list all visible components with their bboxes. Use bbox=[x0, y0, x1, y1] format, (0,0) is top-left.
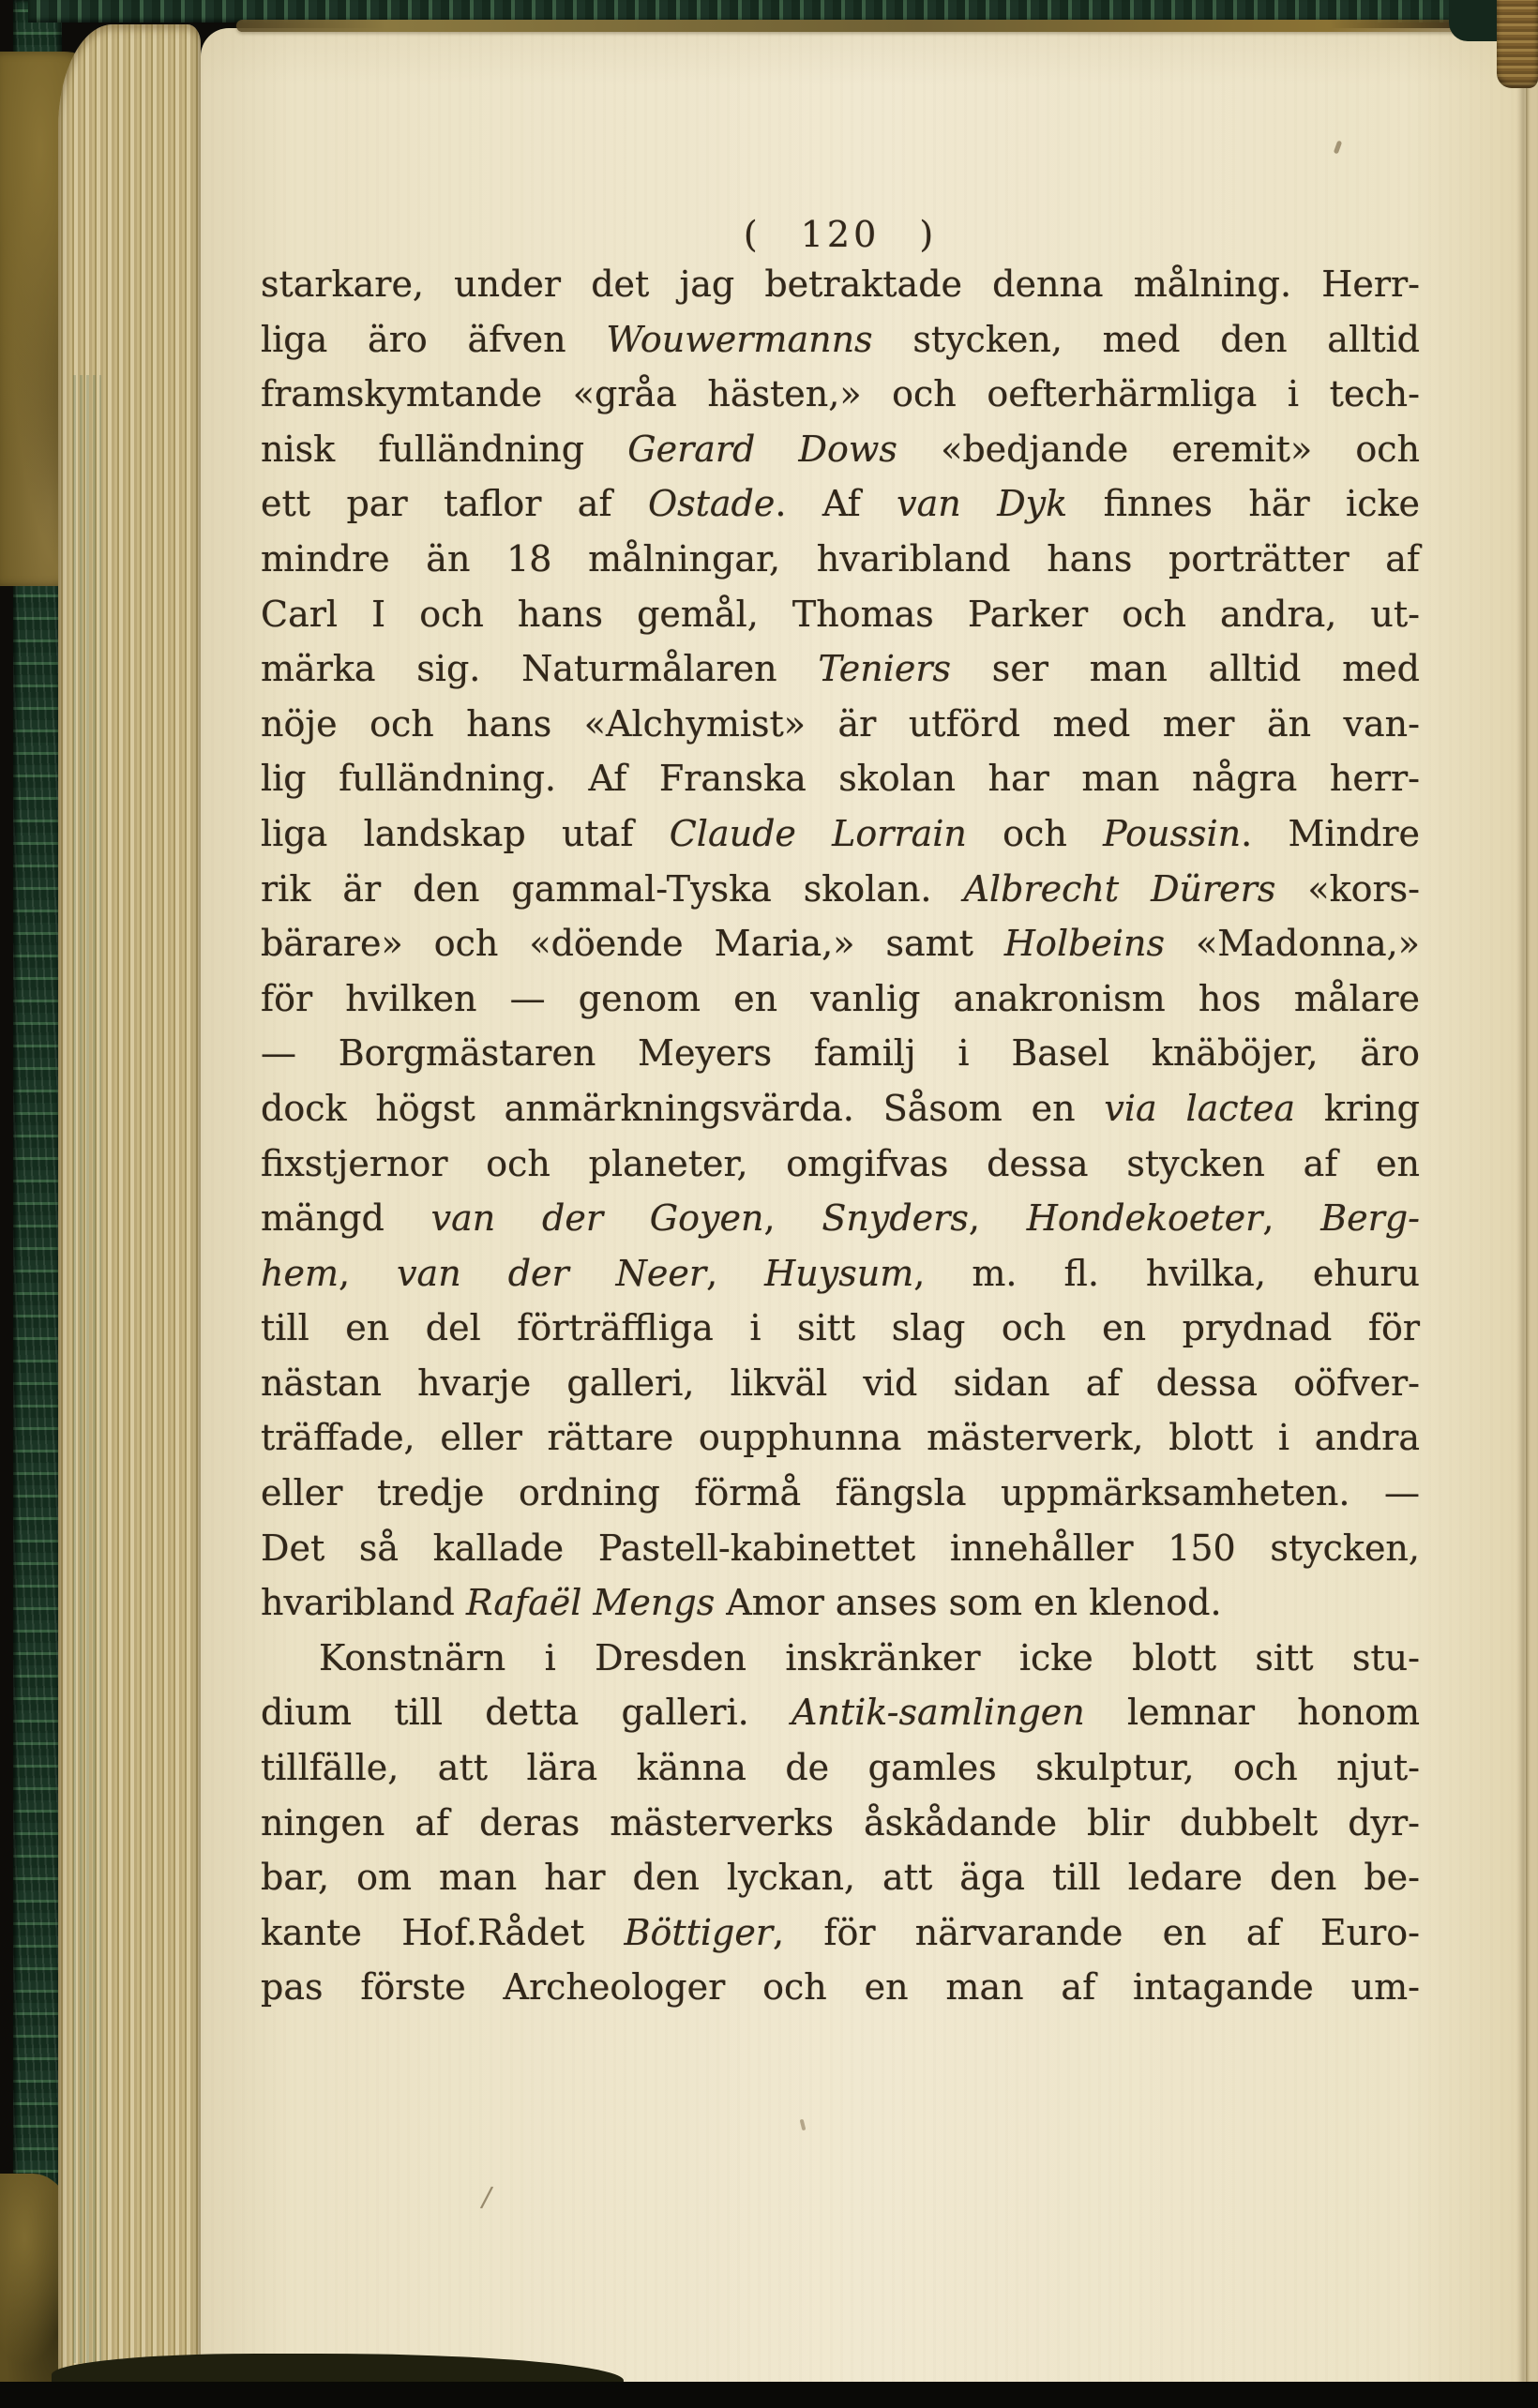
text-line: lig fulländning. Af Franska skolan har m… bbox=[261, 751, 1420, 806]
text-segment-italic: Wouwermanns bbox=[606, 319, 872, 360]
text-segment-italic: via lactea bbox=[1104, 1088, 1295, 1129]
text-line: nöje och hans «Alchymist» är utförd med … bbox=[261, 697, 1420, 752]
text-line: pas förste Archeologer och en man af int… bbox=[261, 1960, 1420, 2015]
text-segment: kante Hof.Rådet bbox=[261, 1912, 625, 1953]
text-segment: eller tredje ordning förmå fängsla uppmä… bbox=[261, 1472, 1420, 1513]
text-line: fixstjernor och planeter, omgifvas dessa… bbox=[261, 1136, 1420, 1192]
text-segment-italic: Antik-samlingen bbox=[792, 1692, 1085, 1733]
text-segment: bar, om man har den lyckan, att äga till… bbox=[261, 1857, 1420, 1898]
text-segment-italic: Ostade bbox=[648, 483, 775, 524]
text-line: dock högst anmärkningsvärda. Såsom en vi… bbox=[261, 1081, 1420, 1136]
text-segment-italic: Albrecht Dürers bbox=[963, 868, 1275, 910]
text-segment: märka sig. Naturmålaren bbox=[261, 648, 818, 689]
text-segment-italic: hem bbox=[261, 1253, 339, 1294]
text-line: bärare» och «döende Maria,» samt Holbein… bbox=[261, 916, 1420, 971]
text-segment: dium till detta galleri. bbox=[261, 1692, 792, 1733]
text-segment: framskymtande «gråa hästen,» och oefterh… bbox=[261, 373, 1420, 414]
text-segment: Det så kallade Pastell-kabinettet innehå… bbox=[261, 1528, 1420, 1569]
text-line: liga landskap utaf Claude Lorrain och Po… bbox=[261, 806, 1420, 862]
text-segment-italic: Rafaël Mengs bbox=[466, 1582, 715, 1623]
text-line: för hvilken — genom en vanlig anakronism… bbox=[261, 971, 1420, 1027]
text-line: starkare, under det jag betraktade denna… bbox=[261, 257, 1420, 312]
text-segment: fixstjernor och planeter, omgifvas dessa… bbox=[261, 1143, 1420, 1184]
text-line: — Borgmästaren Meyers familj i Basel knä… bbox=[261, 1026, 1420, 1081]
text-line: mängd van der Goyen, Snyders, Hondekoete… bbox=[261, 1191, 1420, 1246]
text-segment: och bbox=[967, 813, 1103, 854]
text-line: framskymtande «gråa hästen,» och oefterh… bbox=[261, 367, 1420, 422]
text-segment: Carl I och hans gemål, Thomas Parker och… bbox=[261, 594, 1420, 635]
text-line: tillfälle, att lära känna de gamles skul… bbox=[261, 1740, 1420, 1796]
text-segment: nöje och hans «Alchymist» är utförd med … bbox=[261, 703, 1420, 745]
text-segment: mindre än 18 målningar, hvaribland hans … bbox=[261, 538, 1420, 579]
text-line: rik är den gammal-Tyska skolan. Albrecht… bbox=[261, 862, 1420, 917]
text-line: hem, van der Neer, Huysum, m. fl. hvilka… bbox=[261, 1246, 1420, 1302]
text-segment-italic: Snyders bbox=[822, 1197, 968, 1239]
text-line: dium till detta galleri. Antik-samlingen… bbox=[261, 1685, 1420, 1740]
text-block: starkare, under det jag betraktade denna… bbox=[261, 257, 1420, 2015]
text-segment: ser man alltid med bbox=[951, 648, 1420, 689]
book-page: ( 120 ) starkare, under det jag betrakta… bbox=[201, 28, 1538, 2384]
text-segment: kring bbox=[1295, 1088, 1420, 1129]
text-line: nisk fulländning Gerard Dows «bedjande e… bbox=[261, 422, 1420, 477]
shadow-bottom bbox=[0, 2382, 1538, 2408]
text-segment: pas förste Archeologer och en man af int… bbox=[261, 1966, 1420, 2008]
text-segment: finnes här icke bbox=[1067, 483, 1420, 524]
text-segment: bärare» och «döende Maria,» samt bbox=[261, 923, 1004, 964]
text-line: kante Hof.Rådet Böttiger, för närvarande… bbox=[261, 1905, 1420, 1961]
text-segment-italic: van Dyk bbox=[897, 483, 1067, 524]
text-segment: «bedjande eremit» och bbox=[897, 429, 1420, 470]
text-segment: , bbox=[339, 1253, 397, 1294]
text-line: Carl I och hans gemål, Thomas Parker och… bbox=[261, 587, 1420, 642]
text-segment: för hvilken — genom en vanlig anakronism… bbox=[261, 978, 1420, 1019]
gutter-page-strip bbox=[1526, 24, 1538, 2384]
text-segment: nisk fulländning bbox=[261, 429, 627, 470]
text-segment-italic: Böttiger bbox=[625, 1912, 773, 1953]
text-segment: stycken, med den alltid bbox=[873, 319, 1420, 360]
text-line: träffade, eller rättare oupphunna mäster… bbox=[261, 1410, 1420, 1466]
text-segment-italic: Gerard Dows bbox=[627, 429, 897, 470]
text-line: ningen af deras mästerverks åskådande bl… bbox=[261, 1796, 1420, 1851]
text-segment-italic: Huysum bbox=[764, 1253, 913, 1294]
text-segment: träffade, eller rättare oupphunna mäster… bbox=[261, 1417, 1420, 1458]
text-segment-italic: Berg- bbox=[1320, 1197, 1420, 1239]
text-segment-italic: van der Neer bbox=[397, 1253, 706, 1294]
text-line: bar, om man har den lyckan, att äga till… bbox=[261, 1850, 1420, 1905]
text-segment: , för närvarande en af Euro- bbox=[773, 1912, 1420, 1953]
text-segment: liga landskap utaf bbox=[261, 813, 670, 854]
text-segment: starkare, under det jag betraktade denna… bbox=[261, 263, 1420, 305]
text-segment: lig fulländning. Af Franska skolan har m… bbox=[261, 758, 1420, 799]
text-segment-italic: van der Goyen bbox=[431, 1197, 764, 1239]
text-line: nästan hvarje galleri, likväl vid sidan … bbox=[261, 1356, 1420, 1411]
text-segment: , bbox=[1262, 1197, 1320, 1239]
text-line: Det så kallade Pastell-kabinettet innehå… bbox=[261, 1521, 1420, 1576]
page-edge-tint bbox=[73, 375, 101, 2363]
text-segment: . Mindre bbox=[1241, 813, 1420, 854]
text-segment: Amor anses som en klenod. bbox=[715, 1582, 1221, 1623]
text-segment: . Af bbox=[775, 483, 897, 524]
text-line: eller tredje ordning förmå fängsla uppmä… bbox=[261, 1466, 1420, 1521]
paper-speck bbox=[800, 2119, 807, 2131]
stray-ink-mark: / bbox=[479, 2180, 494, 2214]
text-segment: , bbox=[763, 1197, 822, 1239]
text-segment-italic: Holbeins bbox=[1004, 923, 1165, 964]
text-line: hvaribland Rafaël Mengs Amor anses som e… bbox=[261, 1575, 1420, 1631]
cover-edge-rule bbox=[236, 20, 1479, 32]
text-segment: dock högst anmärkningsvärda. Såsom en bbox=[261, 1088, 1104, 1129]
text-segment: liga äro äfven bbox=[261, 319, 606, 360]
text-segment: , m. fl. hvilka, ehuru bbox=[913, 1253, 1420, 1294]
scanned-book-page: ( 120 ) starkare, under det jag betrakta… bbox=[0, 0, 1538, 2408]
text-line: mindre än 18 målningar, hvaribland hans … bbox=[261, 532, 1420, 587]
text-line: märka sig. Naturmålaren Teniers ser man … bbox=[261, 641, 1420, 697]
text-segment: lemnar honom bbox=[1085, 1692, 1420, 1733]
text-line: liga äro äfven Wouwermanns stycken, med … bbox=[261, 312, 1420, 368]
text-segment: hvaribland bbox=[261, 1582, 466, 1623]
text-segment: tillfälle, att lära känna de gamles skul… bbox=[261, 1747, 1420, 1788]
text-segment: «kors- bbox=[1275, 868, 1420, 910]
text-segment: «Madonna,» bbox=[1165, 923, 1420, 964]
text-line: ett par taflor af Ostade. Af van Dyk fin… bbox=[261, 476, 1420, 532]
text-segment: nästan hvarje galleri, likväl vid sidan … bbox=[261, 1362, 1420, 1404]
text-segment: , bbox=[706, 1253, 764, 1294]
text-segment-italic: Hondekoeter bbox=[1027, 1197, 1263, 1239]
text-segment-italic: Claude Lorrain bbox=[670, 813, 967, 854]
text-segment: mängd bbox=[261, 1197, 431, 1239]
text-segment: till en del förträffliga i sitt slag och… bbox=[261, 1307, 1420, 1348]
text-line: till en del förträffliga i sitt slag och… bbox=[261, 1301, 1420, 1356]
text-segment: — Borgmästaren Meyers familj i Basel knä… bbox=[261, 1032, 1420, 1074]
text-segment-italic: Teniers bbox=[818, 648, 951, 689]
text-segment: , bbox=[969, 1197, 1027, 1239]
text-segment-italic: Poussin bbox=[1103, 813, 1241, 854]
fore-edge-top-right bbox=[1497, 0, 1538, 88]
text-line: Konstnärn i Dresden inskränker icke blot… bbox=[261, 1631, 1420, 1686]
gutter-crease bbox=[1517, 26, 1526, 2384]
paper-speck bbox=[1334, 141, 1342, 155]
text-segment: ningen af deras mästerverks åskådande bl… bbox=[261, 1802, 1420, 1844]
text-segment: ett par taflor af bbox=[261, 483, 648, 524]
text-segment: rik är den gammal-Tyska skolan. bbox=[261, 868, 963, 910]
text-segment: Konstnärn i Dresden inskränker icke blot… bbox=[319, 1637, 1420, 1678]
